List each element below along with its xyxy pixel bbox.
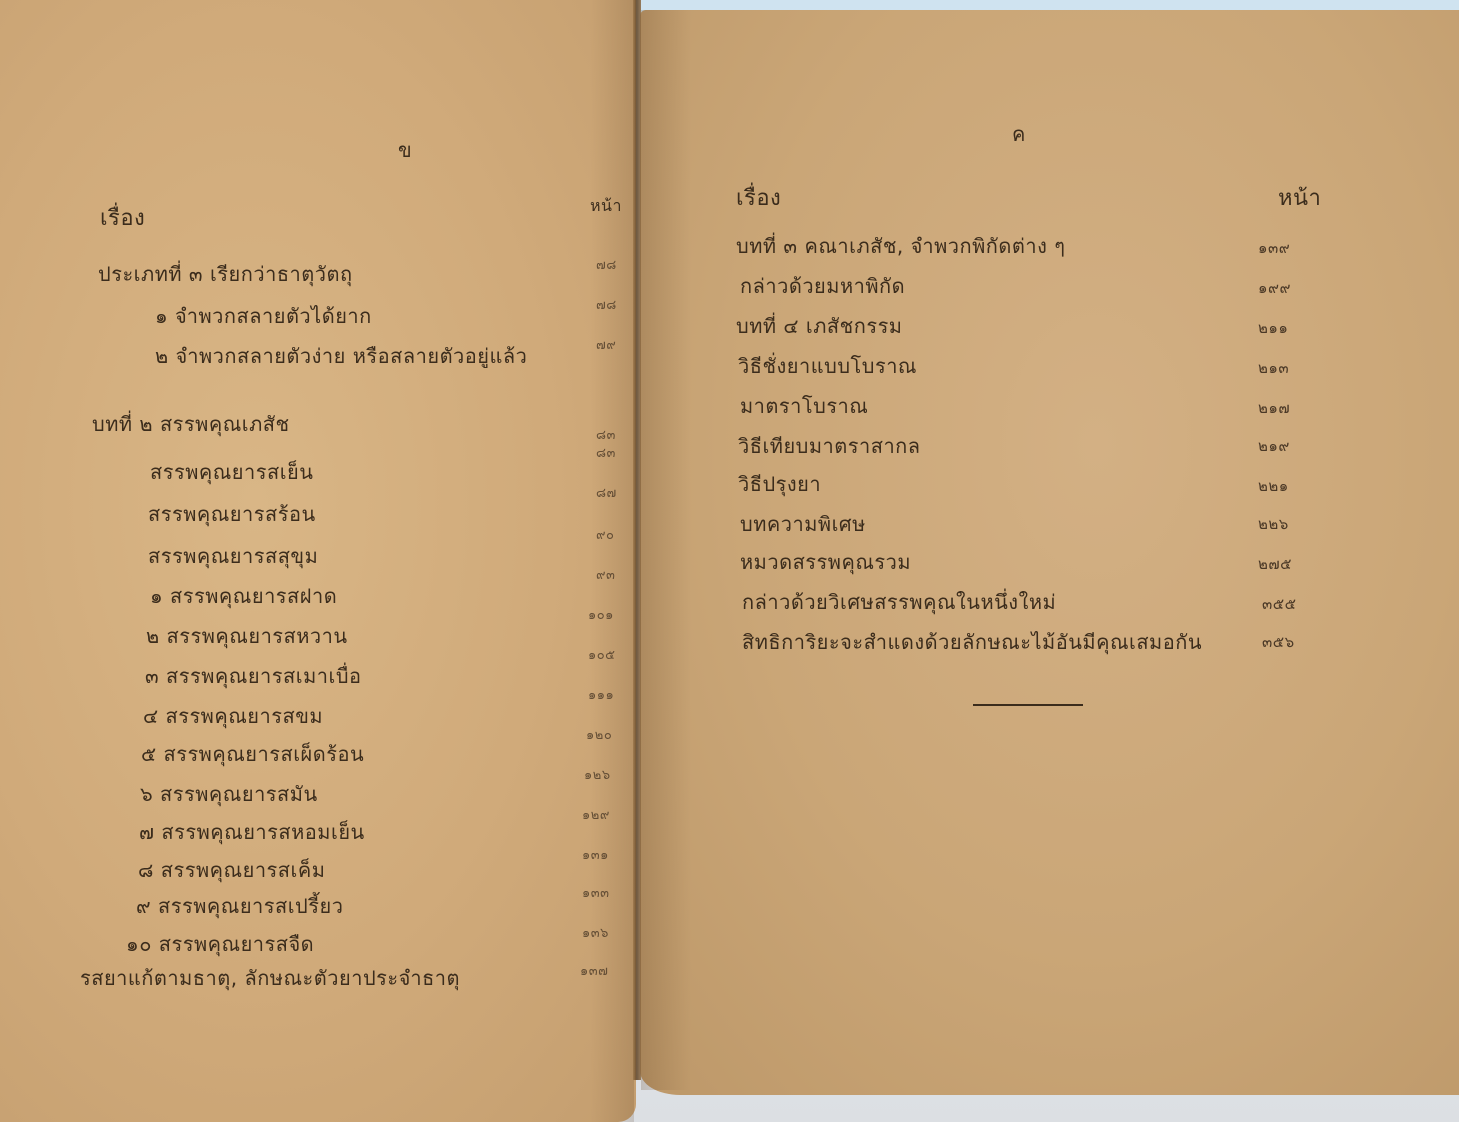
toc-entry-page: ๗๘ xyxy=(596,294,617,315)
toc-entry-page: ๑๑๑ xyxy=(588,684,614,705)
toc-entry-page: ๘๓ xyxy=(596,442,616,463)
toc-entry-page: ๑๓๙ xyxy=(1258,236,1290,260)
toc-entry-page: ๑๓๗ xyxy=(580,960,608,981)
toc-entry-title: ๔ สรรพคุณยารสขม xyxy=(143,700,323,732)
toc-entry-page: ๑๓๖ xyxy=(582,922,609,943)
toc-entry-title: บทที่ ๒ สรรพคุณเภสัช xyxy=(92,408,290,440)
toc-entry-page: ๒๑๙ xyxy=(1258,434,1290,458)
toc-entry-page: ๓๕๖ xyxy=(1262,630,1295,654)
toc-entry-page: ๑๓๑ xyxy=(582,844,609,865)
book-spine-gutter xyxy=(633,0,641,1080)
left-header-topic: เรื่อง xyxy=(100,200,145,235)
toc-entry-page: ๙๓ xyxy=(596,564,615,585)
toc-entry-page: ๒๒๖ xyxy=(1258,512,1289,536)
toc-entry-title: ประเภทที่ ๓ เรียกว่าธาตุวัตถุ xyxy=(98,258,353,290)
toc-entry-title: สรรพคุณยารสสุขุม xyxy=(148,540,318,572)
right-header-topic: เรื่อง xyxy=(736,180,781,215)
right-page-letter: ค xyxy=(1012,118,1026,150)
toc-entry-title: รสยาแก้ตามธาตุ, ลักษณะตัวยาประจำธาตุ xyxy=(80,962,460,994)
toc-entry-page: ๒๑๓ xyxy=(1258,356,1289,380)
toc-entry-title: บทความพิเศษ xyxy=(740,508,866,540)
toc-entry-title: สิทธิการิยะจะสำแดงด้วยลักษณะไม้อันมีคุณเ… xyxy=(742,626,1202,658)
toc-entry-title: ๖ สรรพคุณยารสมัน xyxy=(140,778,318,810)
toc-entry-page: ๗๙ xyxy=(596,334,616,355)
toc-entry-page: ๗๘ xyxy=(596,254,617,275)
toc-entry-title: ๒ สรรพคุณยารสหวาน xyxy=(146,620,348,652)
toc-entry-title: วิธีปรุงยา xyxy=(738,468,821,500)
toc-entry-page: ๓๕๕ xyxy=(1262,592,1296,616)
toc-entry-page: ๙๐ xyxy=(596,524,614,545)
toc-entry-page: ๑๙๙ xyxy=(1258,276,1291,300)
toc-entry-title: ๘ สรรพคุณยารสเค็ม xyxy=(138,854,325,886)
toc-entry-page: ๒๒๑ xyxy=(1258,474,1289,498)
toc-entry-page: ๑๐๕ xyxy=(588,644,616,665)
toc-entry-title: ๗ สรรพคุณยารสหอมเย็น xyxy=(139,816,365,848)
toc-entry-page: ๑๓๓ xyxy=(582,882,610,903)
left-page-letter: ข xyxy=(398,134,412,166)
end-of-contents-rule xyxy=(973,704,1083,706)
toc-entry-page: ๑๒๐ xyxy=(586,724,612,745)
toc-entry-title: บทที่ ๓ คณาเภสัช, จำพวกพิกัดต่าง ๆ xyxy=(736,230,1065,262)
left-header-page: หน้า xyxy=(590,194,622,219)
toc-entry-page: ๘๗ xyxy=(596,482,617,503)
toc-entry-title: ๙ สรรพคุณยารสเปรี้ยว xyxy=(136,890,343,922)
toc-entry-title: ๑ สรรพคุณยารสฝาด xyxy=(150,580,337,612)
toc-entry-title: หมวดสรรพคุณรวม xyxy=(740,546,911,578)
right-gutter-shadow xyxy=(641,10,691,1090)
toc-entry-title: ๕ สรรพคุณยารสเผ็ดร้อน xyxy=(141,738,364,770)
toc-entry-title: ๓ สรรพคุณยารสเมาเบื่อ xyxy=(145,660,362,692)
toc-entry-page: ๑๒๖ xyxy=(584,764,611,785)
toc-entry-page: ๑๒๙ xyxy=(582,804,610,825)
toc-entry-page: ๒๗๕ xyxy=(1258,552,1292,576)
toc-entry-title: ๑๐ สรรพคุณยารสจืด xyxy=(126,928,314,960)
toc-entry-title: สรรพคุณยารสร้อน xyxy=(148,498,316,530)
toc-entry-title: วิธีเทียบมาตราสากล xyxy=(738,430,921,462)
toc-entry-page: ๒๑๗ xyxy=(1258,396,1290,420)
left-gutter-shadow xyxy=(590,0,634,1122)
toc-entry-page: ๒๑๑ xyxy=(1258,316,1288,340)
toc-entry-page: ๑๐๑ xyxy=(588,604,614,625)
toc-entry-title: วิธีชั่งยาแบบโบราณ xyxy=(738,350,917,382)
toc-entry-title: ๒ จำพวกสลายตัวง่าย หรือสลายตัวอยู่แล้ว xyxy=(155,340,527,372)
toc-entry-title: ๑ จำพวกสลายตัวได้ยาก xyxy=(155,300,372,332)
right-header-page: หน้า xyxy=(1278,180,1321,215)
toc-entry-title: กล่าวด้วยวิเศษสรรพคุณในหนึ่งใหม่ xyxy=(742,586,1056,618)
toc-entry-title: สรรพคุณยารสเย็น xyxy=(150,456,313,488)
toc-entry-title: บทที่ ๔ เภสัชกรรม xyxy=(736,310,903,342)
toc-entry-title: กล่าวด้วยมหาพิกัด xyxy=(740,270,905,302)
toc-entry-title: มาตราโบราณ xyxy=(740,390,868,422)
